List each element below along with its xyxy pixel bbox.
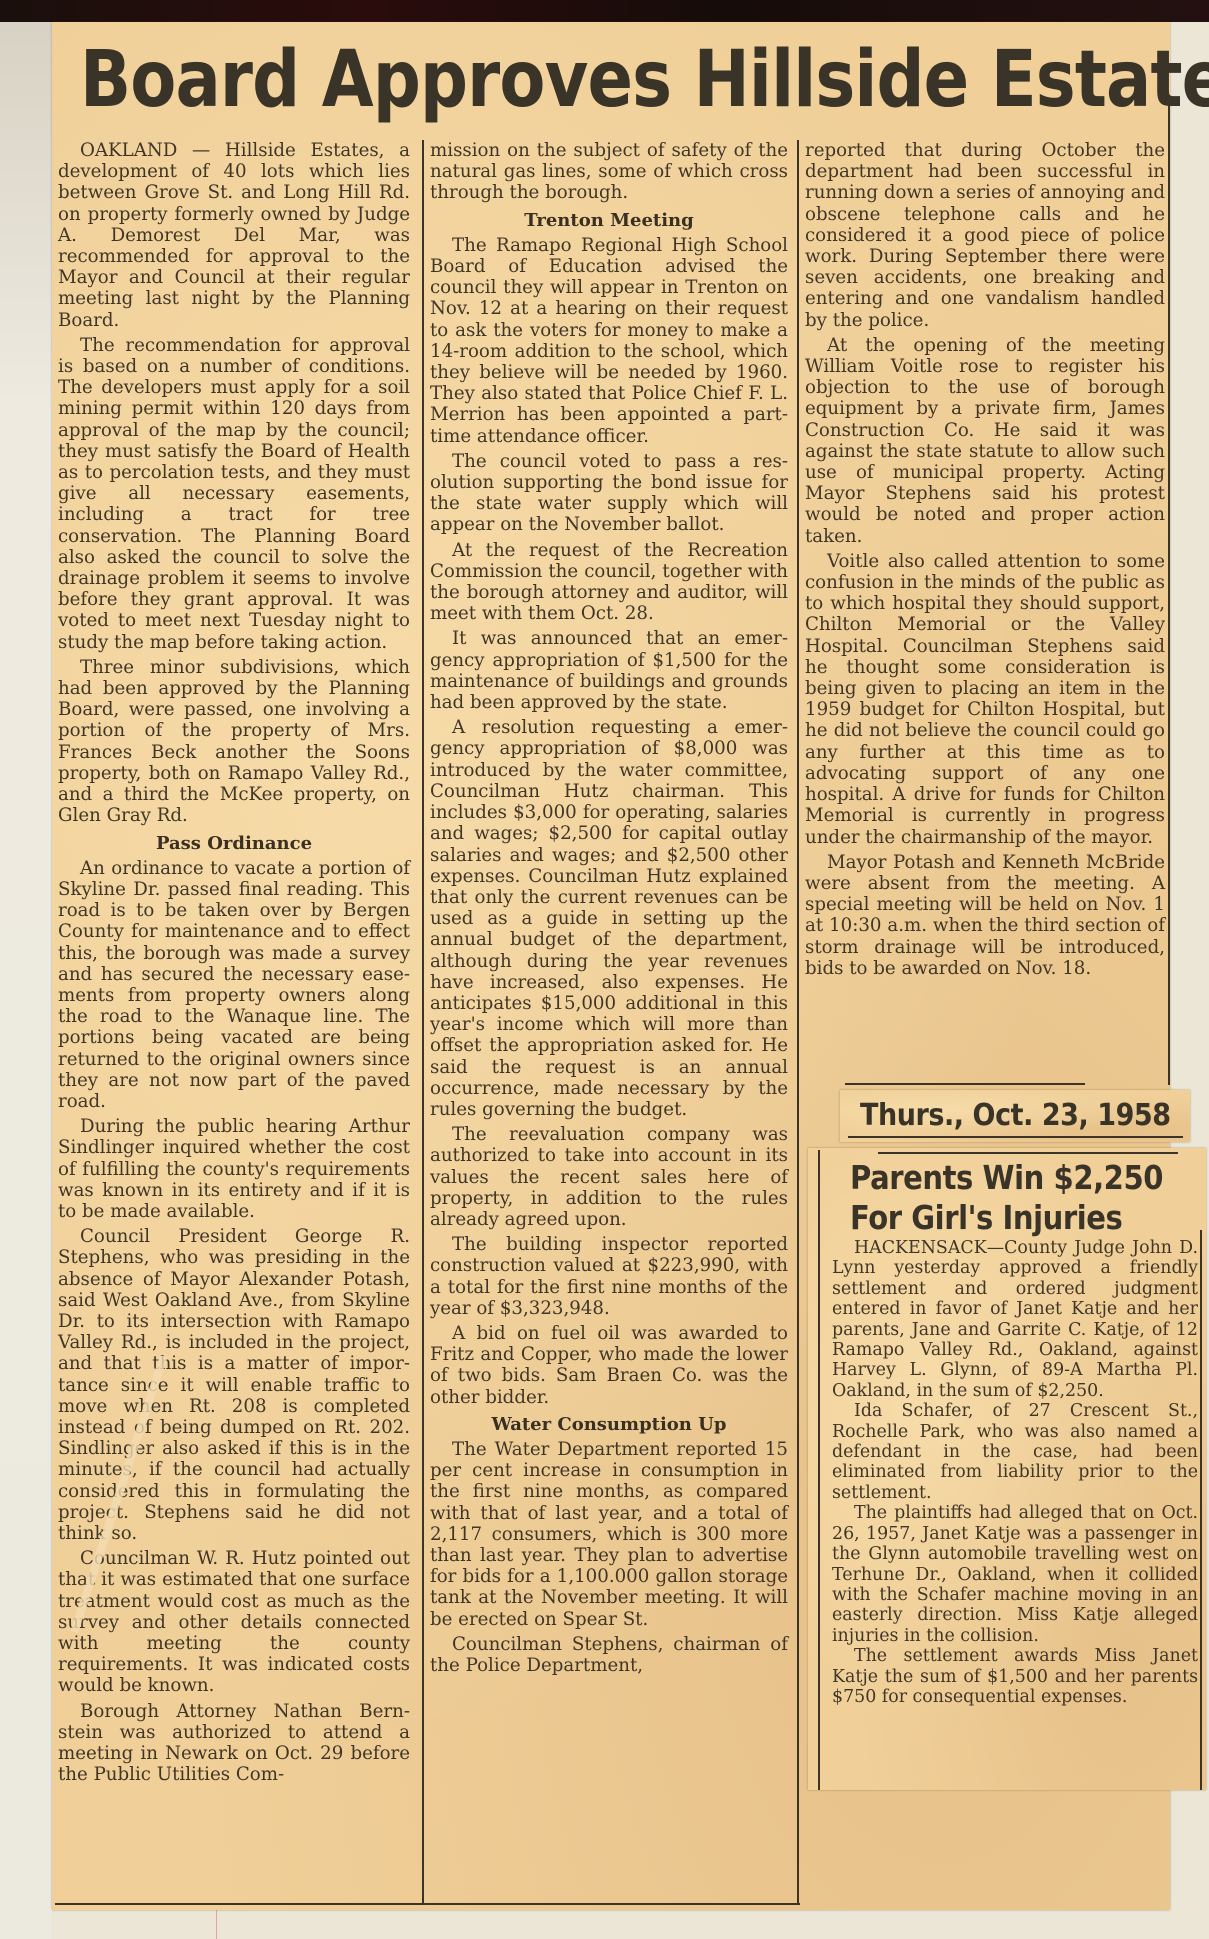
dateline: Thurs., Oct. 23, 1958 [860, 1094, 1148, 1138]
paragraph: It was announced that an emer­gency appr… [430, 628, 788, 713]
paragraph: The council voted to pass a res­olution … [430, 451, 788, 536]
paragraph: The plaintiffs had alleged that on Oct. … [832, 1503, 1198, 1646]
second-headline-line-1: Parents Win $2,250 [850, 1158, 1167, 1198]
paragraph: The building inspector report­ed constru… [430, 1234, 788, 1319]
article-column-2: mission on the subject of safety of the … [430, 140, 788, 1680]
paragraph: At the opening of the meeting William Vo… [805, 335, 1165, 547]
paragraph: The Ramapo Regional High School Board of… [430, 235, 788, 447]
paragraph: Councilman W. R. Hutz pointed out that i… [58, 1548, 410, 1696]
paragraph: Borough Attorney Nathan Bern­stein was a… [58, 1701, 410, 1786]
paragraph: An ordinance to vacate a por­tion of Sky… [58, 858, 410, 1112]
paragraph: Ida Schafer, of 27 Crescent St., Rochell… [832, 1401, 1198, 1503]
column-end-rule [845, 1083, 1085, 1085]
paragraph: HACKENSACK—County Judge John D. Lynn yes… [832, 1238, 1198, 1401]
column-rule [1200, 1230, 1202, 1790]
dateline-rule [848, 1136, 1183, 1138]
paragraph: Voitle also called attention to some con… [805, 551, 1165, 848]
paragraph: A bid on fuel oil was awarded to Fritz a… [430, 1323, 788, 1408]
paragraph: During the public hearing Ar­thur Sindli… [58, 1116, 410, 1222]
second-article-body: HACKENSACK—County Judge John D. Lynn yes… [832, 1238, 1198, 1707]
article-column-3: reported that during October the departm… [805, 140, 1165, 983]
subhead: Trenton Meeting [430, 210, 788, 231]
scrapbook-top-edge [0, 0, 1209, 22]
paragraph: OAKLAND — Hillside Estates, a developmen… [58, 140, 410, 331]
paragraph: mission on the subject of safety of the … [430, 140, 788, 204]
article-column-1: OAKLAND — Hillside Estates, a developmen… [58, 140, 410, 1789]
subhead: Pass Ordinance [58, 833, 410, 854]
paragraph: A resolution requesting a emer­gency app… [430, 717, 788, 1120]
bottom-rule [55, 1903, 800, 1905]
paragraph: The reevaluation company was authorized … [430, 1124, 788, 1230]
scrapbook-page-margin [0, 22, 52, 1939]
subhead: Water Consumption Up [430, 1414, 788, 1435]
paragraph: reported that during October the departm… [805, 140, 1165, 331]
paragraph: At the request of the Recrea­tion Commis… [430, 540, 788, 625]
paragraph: Councilman Stephens, chair­man of the Po… [430, 1634, 788, 1676]
main-headline: Board Approves Hillside Estates [80, 30, 1013, 130]
column-rule [422, 140, 424, 1905]
paragraph: The settlement awards Miss Janet Katje t… [832, 1646, 1198, 1707]
paragraph: Mayor Potash and Kenneth Mc­Bride were a… [805, 852, 1165, 979]
paragraph: Three minor subdivisions, which had been… [58, 657, 410, 827]
paragraph: The recommendation for ap­proval is base… [58, 335, 410, 653]
second-headline-line-2: For Girl's Injuries [850, 1198, 1167, 1238]
paragraph: Council President George R. Stephens, wh… [58, 1226, 410, 1544]
column-rule [797, 140, 799, 1905]
paragraph: The Water Department report­ed 15 per ce… [430, 1439, 788, 1630]
column-rule [1168, 100, 1170, 1085]
column-rule [818, 1150, 820, 1790]
headline-rule [878, 1152, 1178, 1154]
page-margin-line [216, 1905, 217, 1939]
second-headline: Parents Win $2,250 For Girl's Injuries [850, 1158, 1167, 1238]
